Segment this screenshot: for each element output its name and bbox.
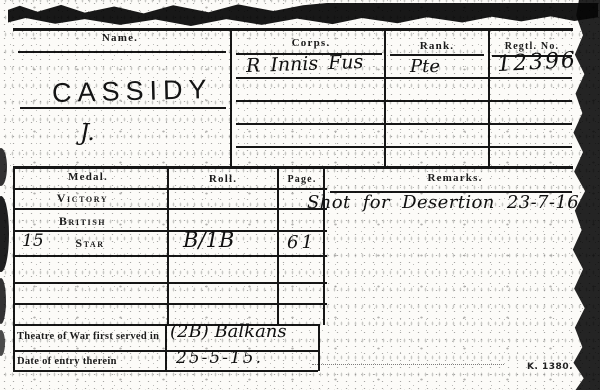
page-column-header: Page. — [280, 174, 324, 185]
star-year-note-handwritten: 15 — [22, 231, 44, 251]
ink-blot — [0, 148, 7, 186]
name-column-header: Name. — [40, 32, 200, 44]
rank-value-handwritten: Pte — [410, 56, 440, 77]
rule-line — [236, 146, 572, 148]
remarks-value-handwritten: Shot for Desertion 23-7-16 — [307, 192, 579, 213]
rule-line — [13, 255, 327, 257]
column-divider — [165, 324, 167, 371]
corps-column-header: Corps. — [246, 37, 376, 49]
medal-row-british-label: British — [20, 214, 145, 229]
rank-column-header: Rank. — [392, 40, 482, 52]
pencil-dotted-line — [312, 364, 504, 365]
rule-line — [13, 208, 327, 210]
rule-line — [13, 303, 327, 305]
column-divider — [323, 166, 325, 325]
rule-line — [13, 188, 327, 190]
rule-line — [13, 282, 327, 284]
medal-section-border — [13, 166, 573, 169]
card-left-border — [13, 166, 15, 372]
rule-line — [18, 51, 226, 53]
form-reference-number: K. 1380. — [527, 362, 573, 372]
column-divider — [230, 30, 232, 167]
ink-blot — [0, 278, 6, 324]
column-divider — [488, 30, 490, 167]
initials-handwritten: J. — [80, 120, 95, 146]
star-roll-value-handwritten: B/1B — [183, 228, 234, 252]
ink-blot — [0, 330, 5, 356]
theatre-of-war-value-handwritten: (2B) Balkans — [170, 321, 287, 342]
roll-column-header: Roll. — [178, 173, 268, 185]
ink-blot — [0, 196, 9, 272]
rule-line — [13, 230, 327, 232]
theatre-of-war-label: Theatre of War first served in — [17, 331, 159, 342]
rule-line — [236, 100, 572, 102]
column-divider — [277, 166, 279, 324]
torn-edge-top — [8, 3, 598, 26]
column-divider — [167, 166, 169, 324]
rule-line — [236, 77, 572, 79]
rule-line — [20, 107, 226, 109]
date-of-entry-value-handwritten: 25-5-15. — [176, 348, 263, 368]
medal-column-header: Medal. — [33, 171, 143, 183]
rule-line — [236, 123, 572, 125]
surname-handwritten: CASSIDY — [52, 74, 213, 109]
medal-row-victory-label: Victory — [20, 191, 145, 206]
column-divider — [384, 30, 386, 167]
regtl-no-value-handwritten: 12396 — [496, 48, 577, 77]
corps-value-handwritten: R Innis Fus — [246, 51, 364, 77]
remarks-column-header: Remarks. — [370, 172, 540, 184]
date-of-entry-label: Date of entry therein — [17, 356, 117, 367]
medal-index-card-scan: Name. Corps. Rank. Regtl. No. Medal. Rol… — [0, 0, 600, 390]
star-page-value-handwritten: 61 — [287, 232, 316, 253]
medal-row-star-label: Star — [60, 236, 120, 251]
